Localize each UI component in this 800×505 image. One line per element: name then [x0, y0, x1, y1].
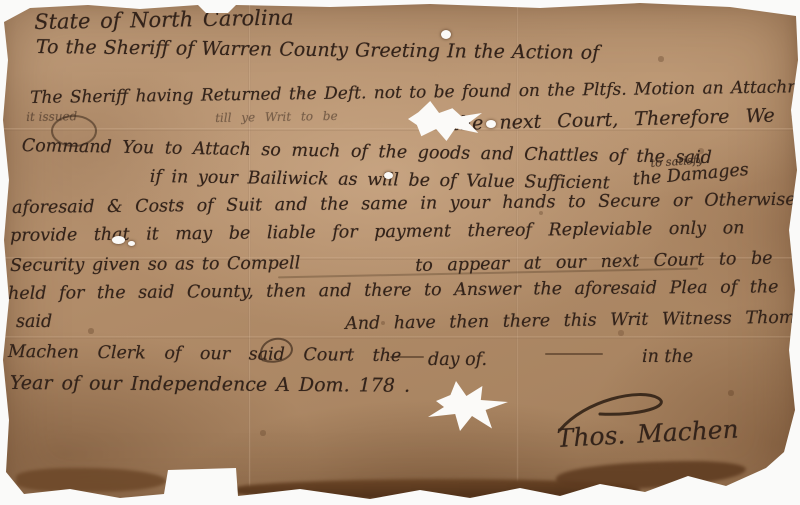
scan-background: State of North Carolina To the Sheriff o… [0, 0, 800, 505]
line-body-4: if in your Bailiwick as will be of Value… [150, 167, 610, 193]
line-body-8: held for the said County, then and there… [8, 277, 779, 304]
line-year-independence: Year of our Independence A Dom. 178 . [10, 372, 410, 397]
paper-hole [428, 381, 508, 431]
vertical-fold-crease [516, 0, 519, 505]
document-paper: State of North Carolina To the Sheriff o… [0, 0, 800, 505]
torn-edge-stain [16, 468, 166, 492]
paper-hole-speck [384, 172, 393, 179]
torn-edge-stain [556, 459, 747, 492]
line-body-1: The Sheriff having Returned the Deft. no… [30, 77, 800, 108]
horizontal-fold-crease [0, 336, 800, 339]
line-body-9-right: And have then there this Writ Witness Th… [345, 307, 800, 334]
line-body-2: the next Court, Therefore We — [452, 104, 800, 135]
paper-hole-speck [128, 241, 135, 246]
line-body-3: Command You to Attach so much of the goo… [22, 136, 712, 168]
paper-hole [408, 101, 482, 141]
line-day-of: day of. [428, 350, 487, 370]
line-body-10: Machen Clerk of our said Court the [8, 342, 402, 366]
foxing-specks [0, 0, 2, 2]
signature: Thos. Machen [556, 414, 739, 452]
line-state-heading: State of North Carolina [34, 5, 294, 34]
line-body-5: aforesaid & Costs of Suit and the same i… [12, 190, 796, 218]
paper-hole-speck [112, 236, 125, 244]
interlineation-left: it issued [26, 109, 77, 124]
line-body-9-left: said [16, 312, 52, 332]
vertical-fold-crease [248, 0, 251, 505]
line-body-7-left: Security given so as to Compell [10, 253, 300, 276]
paper-hole-speck [486, 120, 496, 128]
line-in-the: in the [642, 347, 693, 367]
blank-line-rule [545, 353, 603, 355]
paper-hole-speck [441, 30, 451, 39]
line-salutation: To the Sheriff of Warren County Greeting… [36, 36, 600, 64]
interlineation-middle: till ye Writ to be [215, 109, 338, 125]
line-body-7-right: to appear at our next Court to be [415, 249, 773, 276]
